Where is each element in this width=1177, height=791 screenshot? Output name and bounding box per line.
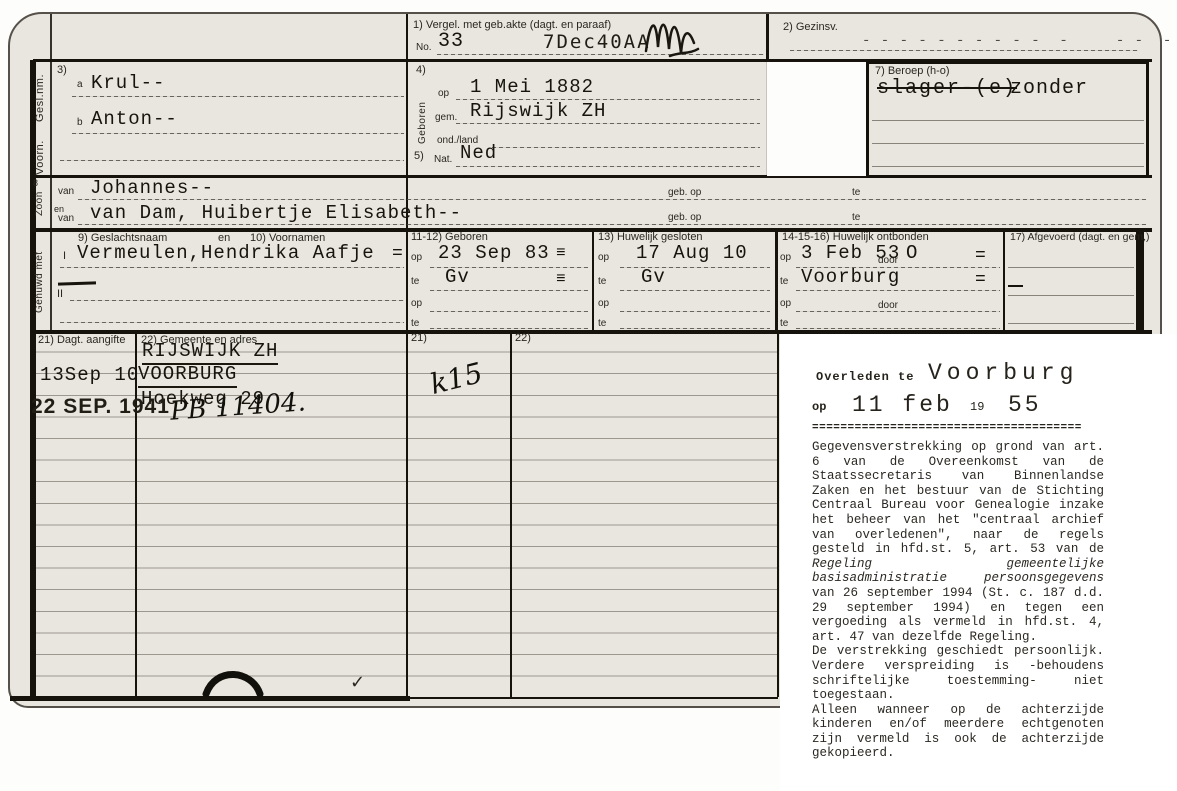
grid-line bbox=[1003, 230, 1005, 330]
marriage-row2-marker: II bbox=[57, 288, 63, 300]
field11-op1-label: op bbox=[411, 252, 422, 263]
mother-name-value: van Dam, Huibertje Elisabeth-- bbox=[90, 202, 462, 224]
rule-line bbox=[430, 311, 588, 312]
death-year-value: 55 bbox=[1008, 392, 1042, 418]
rule-line bbox=[430, 290, 588, 291]
col22-label: 22) bbox=[515, 332, 531, 344]
notice-p1-post: van 26 september 1994 (St. c. 187 d.d. 2… bbox=[812, 586, 1104, 644]
death-place-value: Voorburg bbox=[928, 360, 1078, 386]
spouse-birth-place-value: Gv bbox=[445, 266, 470, 288]
field13-op2-label: op bbox=[598, 298, 609, 309]
father-name-value: Johannes-- bbox=[90, 177, 214, 199]
rule-line bbox=[78, 199, 1146, 200]
rule-line bbox=[456, 166, 760, 167]
field14-op1-label: op bbox=[780, 252, 791, 263]
field3-a-marker: a bbox=[77, 79, 83, 90]
nat-label: Nat. bbox=[434, 154, 452, 165]
side-label-voorn: Voorn. bbox=[34, 134, 46, 182]
field1-no-label: No. bbox=[416, 42, 432, 53]
rule-line bbox=[60, 267, 404, 268]
father-van-label: van bbox=[58, 186, 74, 197]
field14-op2-label: op bbox=[780, 298, 791, 309]
grid-line bbox=[592, 230, 594, 330]
field11-check-mark-2: ≡ bbox=[556, 270, 567, 288]
surname-value: Krul-- bbox=[91, 72, 165, 94]
rule-line bbox=[456, 123, 760, 124]
notice-p1-pre: Gegevensverstrekking op grond van art. 6… bbox=[812, 440, 1104, 556]
field14-door2-label: door bbox=[878, 300, 898, 311]
handwritten-c-mark bbox=[198, 668, 270, 700]
field11-check-mark: ≡ bbox=[556, 244, 567, 262]
check-mark: ✓ bbox=[350, 672, 365, 693]
rule-line bbox=[796, 328, 1000, 329]
paraaf-signature-icon bbox=[642, 11, 704, 59]
te-label-1: te bbox=[852, 187, 860, 198]
rule-line bbox=[437, 54, 764, 55]
field3-number: 3) bbox=[57, 64, 67, 76]
field2-label: 2) Gezinsv. bbox=[783, 21, 838, 33]
rule-line bbox=[72, 96, 404, 97]
handwritten-dash-mark bbox=[1008, 285, 1023, 287]
registration-date-stamp: 22 SEP. 1941 bbox=[31, 395, 170, 419]
divorce-door-value: O bbox=[906, 242, 918, 264]
death-date-value: 11 feb bbox=[852, 392, 953, 418]
occupation-value: zonder bbox=[1010, 77, 1088, 100]
rule-line bbox=[60, 160, 404, 161]
photo-window bbox=[767, 62, 867, 176]
field2-dashes: - - - - - - - - - - - - - - - - bbox=[862, 33, 1177, 49]
birth-gem-label: gem. bbox=[435, 112, 457, 123]
field1-date-stamp: 7Dec40AA bbox=[543, 31, 651, 53]
spouse-birth-date-value: 23 Sep 83 bbox=[438, 242, 550, 264]
field14-eq-mark-2: = bbox=[975, 270, 987, 290]
grid-line bbox=[1136, 228, 1144, 332]
nationality-value: Ned bbox=[460, 142, 497, 164]
rule-line bbox=[60, 322, 404, 323]
notice-divider: ====================================== bbox=[812, 422, 1082, 434]
side-label-geslnm: Gesl.nm. bbox=[34, 66, 46, 130]
geb-op-label-2: geb. op bbox=[668, 212, 701, 223]
field11-te1-label: te bbox=[411, 276, 419, 287]
firstname-value: Anton-- bbox=[91, 108, 178, 130]
address-line-2: VOORBURG bbox=[138, 363, 237, 388]
field21-label: 21) Dagt. aangifte bbox=[38, 334, 125, 346]
side-label-gehuwd-met: Gehuwd met bbox=[34, 238, 45, 326]
te-label-2: te bbox=[852, 212, 860, 223]
rule-line bbox=[620, 311, 770, 312]
field13-te2-label: te bbox=[598, 318, 606, 329]
field13-te1-label: te bbox=[598, 276, 606, 287]
marriage-row1-marker: I bbox=[63, 250, 66, 262]
scanned-record-page: 1) Vergel. met geb.akte (dagt. en paraaf… bbox=[0, 0, 1177, 791]
privacy-notice-text: Gegevensverstrekking op grond van art. 6… bbox=[812, 440, 1104, 761]
notice-paragraph-1: Gegevensverstrekking op grond van art. 6… bbox=[812, 440, 1104, 644]
field11-te2-label: te bbox=[411, 318, 419, 329]
marriage-date-value: 17 Aug 10 bbox=[636, 242, 748, 264]
mother-van-label: van bbox=[58, 213, 74, 224]
notice-p1-italic: Regeling gemeentelijke basisadministrati… bbox=[812, 557, 1104, 586]
rule-line bbox=[72, 133, 404, 134]
death-century-label: 19 bbox=[970, 400, 984, 414]
rule-line bbox=[790, 50, 1138, 51]
grid-line bbox=[50, 14, 52, 331]
col21-label: 21) bbox=[411, 332, 427, 344]
rule-line bbox=[430, 328, 588, 329]
birth-date-value: 1 Mei 1882 bbox=[470, 76, 594, 98]
field13-op1-label: op bbox=[598, 252, 609, 263]
rule-line bbox=[70, 300, 404, 301]
ruled-lines-area bbox=[1008, 240, 1134, 332]
birth-place-value: Rijswijk ZH bbox=[470, 100, 606, 122]
occupation-struck-value: slager-(e) bbox=[877, 77, 1017, 100]
grid-line bbox=[406, 14, 408, 698]
grid-line bbox=[410, 697, 778, 699]
ruled-lines-area bbox=[872, 98, 1144, 174]
nat-number: 5) bbox=[414, 150, 424, 162]
grid-line bbox=[766, 14, 769, 60]
address-line-1: RIJSWIJK ZH bbox=[142, 340, 278, 365]
spouse-eq-mark: = bbox=[392, 244, 404, 264]
field7-label: 7) Beroep (h-o) bbox=[875, 65, 950, 77]
grid-line bbox=[135, 332, 137, 697]
rule-line bbox=[492, 147, 760, 148]
field14-door1-label: door bbox=[878, 255, 898, 266]
spouse-name-value: Vermeulen,Hendrika Aafje bbox=[77, 242, 375, 264]
grid-line bbox=[777, 332, 779, 697]
death-op-label: op bbox=[812, 400, 826, 414]
field14-te2-label: te bbox=[780, 318, 788, 329]
marriage-place-value: Gv bbox=[641, 266, 666, 288]
divorce-place-value: Voorburg bbox=[801, 266, 900, 288]
overleden-label: Overleden te bbox=[816, 370, 914, 384]
grid-line bbox=[775, 230, 778, 330]
field3-b-marker: b bbox=[77, 117, 83, 128]
registration-date-value: 13Sep 10 bbox=[40, 364, 139, 386]
field1-no-value: 33 bbox=[438, 30, 464, 53]
grid-line bbox=[510, 332, 512, 697]
notice-paragraph-3: Alleen wanneer op de achterzijde kindere… bbox=[812, 703, 1104, 761]
rule-line bbox=[796, 311, 1000, 312]
notice-paragraph-2: De verstrekking geschiedt persoonlijk. V… bbox=[812, 644, 1104, 702]
rule-line bbox=[620, 328, 770, 329]
rule-line bbox=[796, 290, 1000, 291]
field14-te1-label: te bbox=[780, 276, 788, 287]
rule-line bbox=[78, 224, 1146, 225]
side-label-zoon: Zoon bbox=[34, 183, 45, 225]
rule-line bbox=[620, 290, 770, 291]
geb-op-label-1: geb. op bbox=[668, 187, 701, 198]
field14-eq-mark: = bbox=[975, 246, 987, 266]
field11-op2-label: op bbox=[411, 298, 422, 309]
birth-op-label: op bbox=[438, 88, 449, 99]
field4-number: 4) bbox=[416, 64, 426, 76]
